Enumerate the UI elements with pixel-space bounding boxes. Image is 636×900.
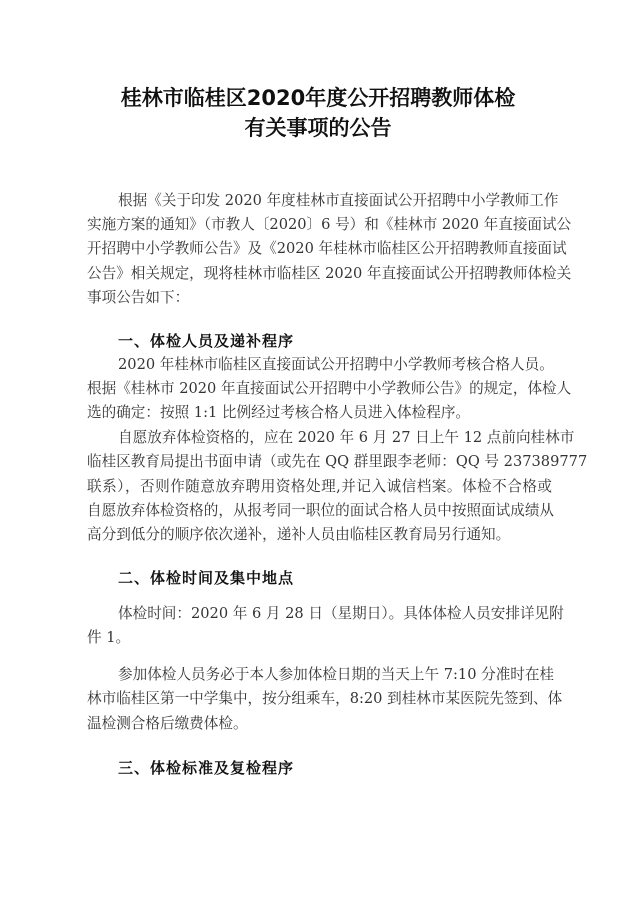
section-1-line: 自愿放弃体检资格的，从报考同一职位的面试合格人员中按照面试成绩从 [87,501,552,521]
intro-line: 事项公告如下： [87,288,552,308]
section-1-line: 高分到低分的顺序依次递补，递补人员由临桂区教育局另行通知。 [87,525,552,545]
section-2-line: 林市临桂区第一中学集中，按分组乘车，8:20 到桂林市某医院先签到、体 [87,689,552,709]
section-1-line: 联系），否则作随意放弃聘用资格处理,并记入诚信档案。体检不合格或 [87,477,552,497]
section-2-heading: 二、体检时间及集中地点 [118,568,294,588]
intro-line: 公告》相关规定，现将桂林市临桂区 2020 年直接面试公开招聘教师体检关 [87,264,552,284]
section-2-line: 体检时间：2020 年 6 月 28 日（星期日）。具体体检人员安排详见附 [118,604,552,624]
section-1-line: 自愿放弃体检资格的，应在 2020 年 6 月 27 日上午 12 点前向桂林市 [118,428,552,448]
section-1-line: 根据《桂林市 2020 年直接面试公开招聘中小学教师公告》的规定，体检人 [87,379,552,399]
intro-line: 根据《关于印发 2020 年度桂林市直接面试公开招聘中小学教师工作 [118,191,552,211]
section-1-heading: 一、体检人员及递补程序 [118,331,294,351]
intro-line: 实施方案的通知》（市教人〔2020〕6 号）和《桂林市 2020 年直接面试公 [87,215,552,235]
section-2-line: 件 1。 [87,628,552,648]
section-3-heading: 三、体检标准及复检程序 [118,758,294,778]
section-1-line: 临桂区教育局提出书面申请（或先在 QQ 群里跟李老师：QQ 号 23738977… [87,452,552,472]
section-2-line: 温检测合格后缴费体检。 [87,714,552,734]
section-1-line: 2020 年桂林市临桂区直接面试公开招聘中小学教师考核合格人员。 [118,355,552,375]
section-1-line: 选的确定：按照 1:1 比例经过考核合格人员进入体检程序。 [87,403,552,423]
title-line-2: 有关事项的公告 [0,112,636,142]
section-2-line: 参加体检人员务必于本人参加体检日期的当天上午 7:10 分准时在桂 [118,665,552,685]
intro-line: 开招聘中小学教师公告》及《2020 年桂林市临桂区公开招聘教师直接面试 [87,239,552,259]
title-line-1: 桂林市临桂区2020年度公开招聘教师体检 [0,82,636,112]
